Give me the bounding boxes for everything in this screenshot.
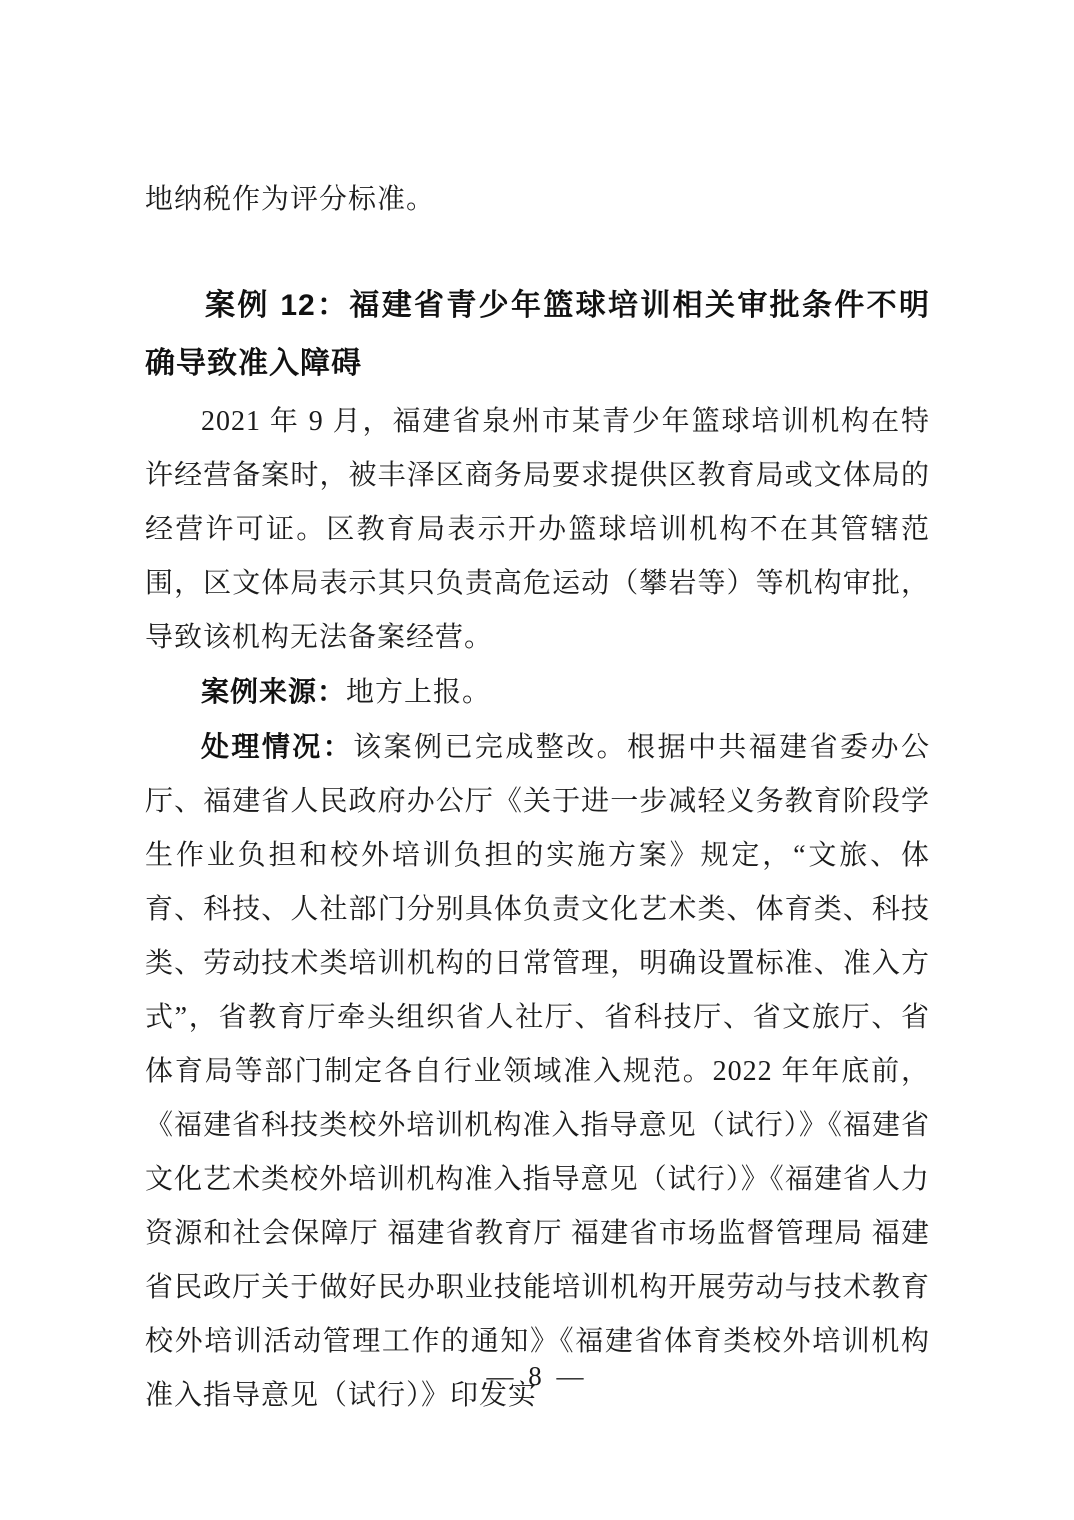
- case-description-paragraph: 2021 年 9 月，福建省泉州市某青少年篮球培训机构在特许经营备案时，被丰泽区…: [145, 395, 930, 665]
- document-page: 地纳税作为评分标准。 案例 12：福建省青少年篮球培训相关审批条件不明确导致准入…: [0, 0, 1074, 1520]
- case-heading: 案例 12：福建省青少年篮球培训相关审批条件不明确导致准入障碍: [145, 277, 930, 393]
- case-handling-paragraph: 处理情况：该案例已完成整改。根据中共福建省委办公厅、福建省人民政府办公厅《关于进…: [145, 720, 930, 1423]
- case-handling-label: 处理情况：: [201, 731, 353, 762]
- document-content: 地纳税作为评分标准。 案例 12：福建省青少年篮球培训相关审批条件不明确导致准入…: [145, 173, 930, 1423]
- case-source-text: 地方上报。: [346, 677, 491, 708]
- continuation-paragraph: 地纳税作为评分标准。: [145, 173, 930, 227]
- case-handling-text: 该案例已完成整改。根据中共福建省委办公厅、福建省人民政府办公厅《关于进一步减轻义…: [145, 732, 930, 1411]
- case-source-paragraph: 案例来源：地方上报。: [145, 665, 930, 720]
- case-source-label: 案例来源：: [201, 676, 346, 707]
- page-number: — 8 —: [0, 1356, 1074, 1396]
